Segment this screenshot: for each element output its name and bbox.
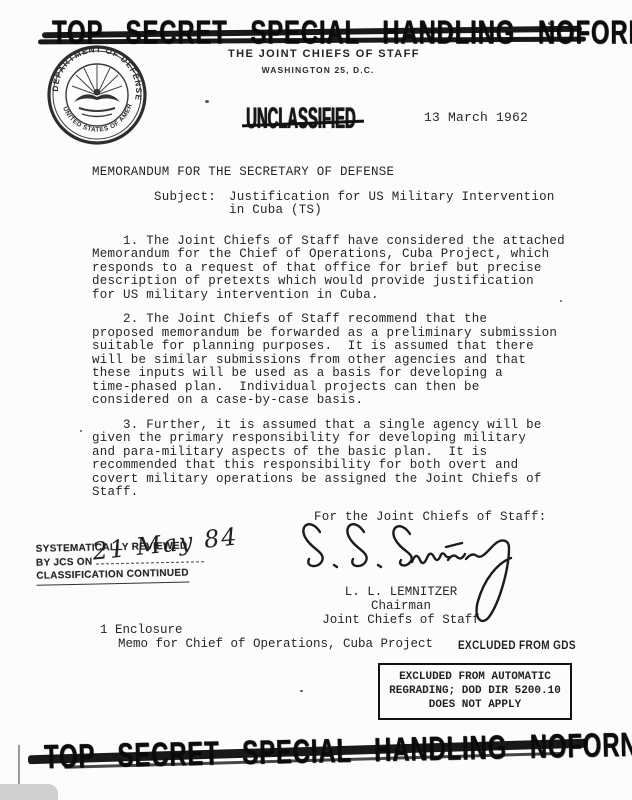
letterhead-org: THE JOINT CHIEFS OF STAFF <box>228 48 408 60</box>
subject-text: Justification for US Military Interventi… <box>229 191 555 218</box>
unclassified-stamp: UNCLASSIFIED <box>246 103 366 137</box>
paragraph-1: 1. The Joint Chiefs of Staff have consid… <box>92 235 578 303</box>
scan-corner-artifact <box>0 784 58 800</box>
regrading-box-stamp: EXCLUDED FROM AUTOMATIC REGRADING; DOD D… <box>378 663 572 720</box>
bottom-classification-banner: TOP SECRET SPECIAL HANDLING NOFORN <box>44 728 570 781</box>
scan-speckle <box>80 430 82 432</box>
signature-block: L. L. Lemnitzer L. L. LEMNITZER Chairman… <box>316 585 486 627</box>
scan-speckle <box>548 22 551 25</box>
regrading-line2: REGRADING; DOD DIR 5200.10 <box>382 684 568 698</box>
letterhead: THE JOINT CHIEFS OF STAFF WASHINGTON 25,… <box>228 48 408 75</box>
closing-line: For the Joint Chiefs of Staff: <box>314 511 578 525</box>
signer-title: Chairman <box>316 599 486 613</box>
paragraph-2: 2. The Joint Chiefs of Staff recommend t… <box>92 313 578 408</box>
memo-body: MEMORANDUM FOR THE SECRETARY OF DEFENSE … <box>92 166 578 524</box>
subject-row: Subject: Justification for US Military I… <box>92 191 578 218</box>
regrading-line3: DOES NOT APPLY <box>382 698 568 712</box>
memo-heading: MEMORANDUM FOR THE SECRETARY OF DEFENSE <box>92 166 578 180</box>
dod-seal-icon: DEPARTMENT OF DEFENSE UNITED STATES OF A… <box>46 42 148 148</box>
review-stamp-line2-label: BY JCS ON <box>36 556 93 568</box>
signer-name: L. L. LEMNITZER <box>316 585 486 599</box>
enclosure-block: 1 Enclosure Memo for Chief of Operations… <box>100 624 433 651</box>
letterhead-city: WASHINGTON 25, D.C. <box>228 65 408 75</box>
review-stamp-line3-label: CLASSIFICATION CONTINUED <box>36 567 189 586</box>
subject-label: Subject: <box>154 191 216 218</box>
scan-speckle <box>560 300 562 302</box>
enclosure-description: Memo for Chief of Operations, Cuba Proje… <box>100 638 433 652</box>
scanned-memo-page: TOP SECRET SPECIAL HANDLING NOFORN DEPAR… <box>0 0 632 800</box>
excluded-gds-stamp: EXCLUDED FROM GDS <box>458 639 576 652</box>
scan-speckle <box>300 690 303 692</box>
scan-speckle <box>205 100 209 103</box>
review-stamp-line3: CLASSIFICATION CONTINUED <box>36 566 205 585</box>
paragraph-3: 3. Further, it is assumed that a single … <box>92 419 578 500</box>
enclosure-count: 1 Enclosure <box>100 624 433 638</box>
regrading-line1: EXCLUDED FROM AUTOMATIC <box>382 670 568 684</box>
memo-date: 13 March 1962 <box>424 110 528 125</box>
